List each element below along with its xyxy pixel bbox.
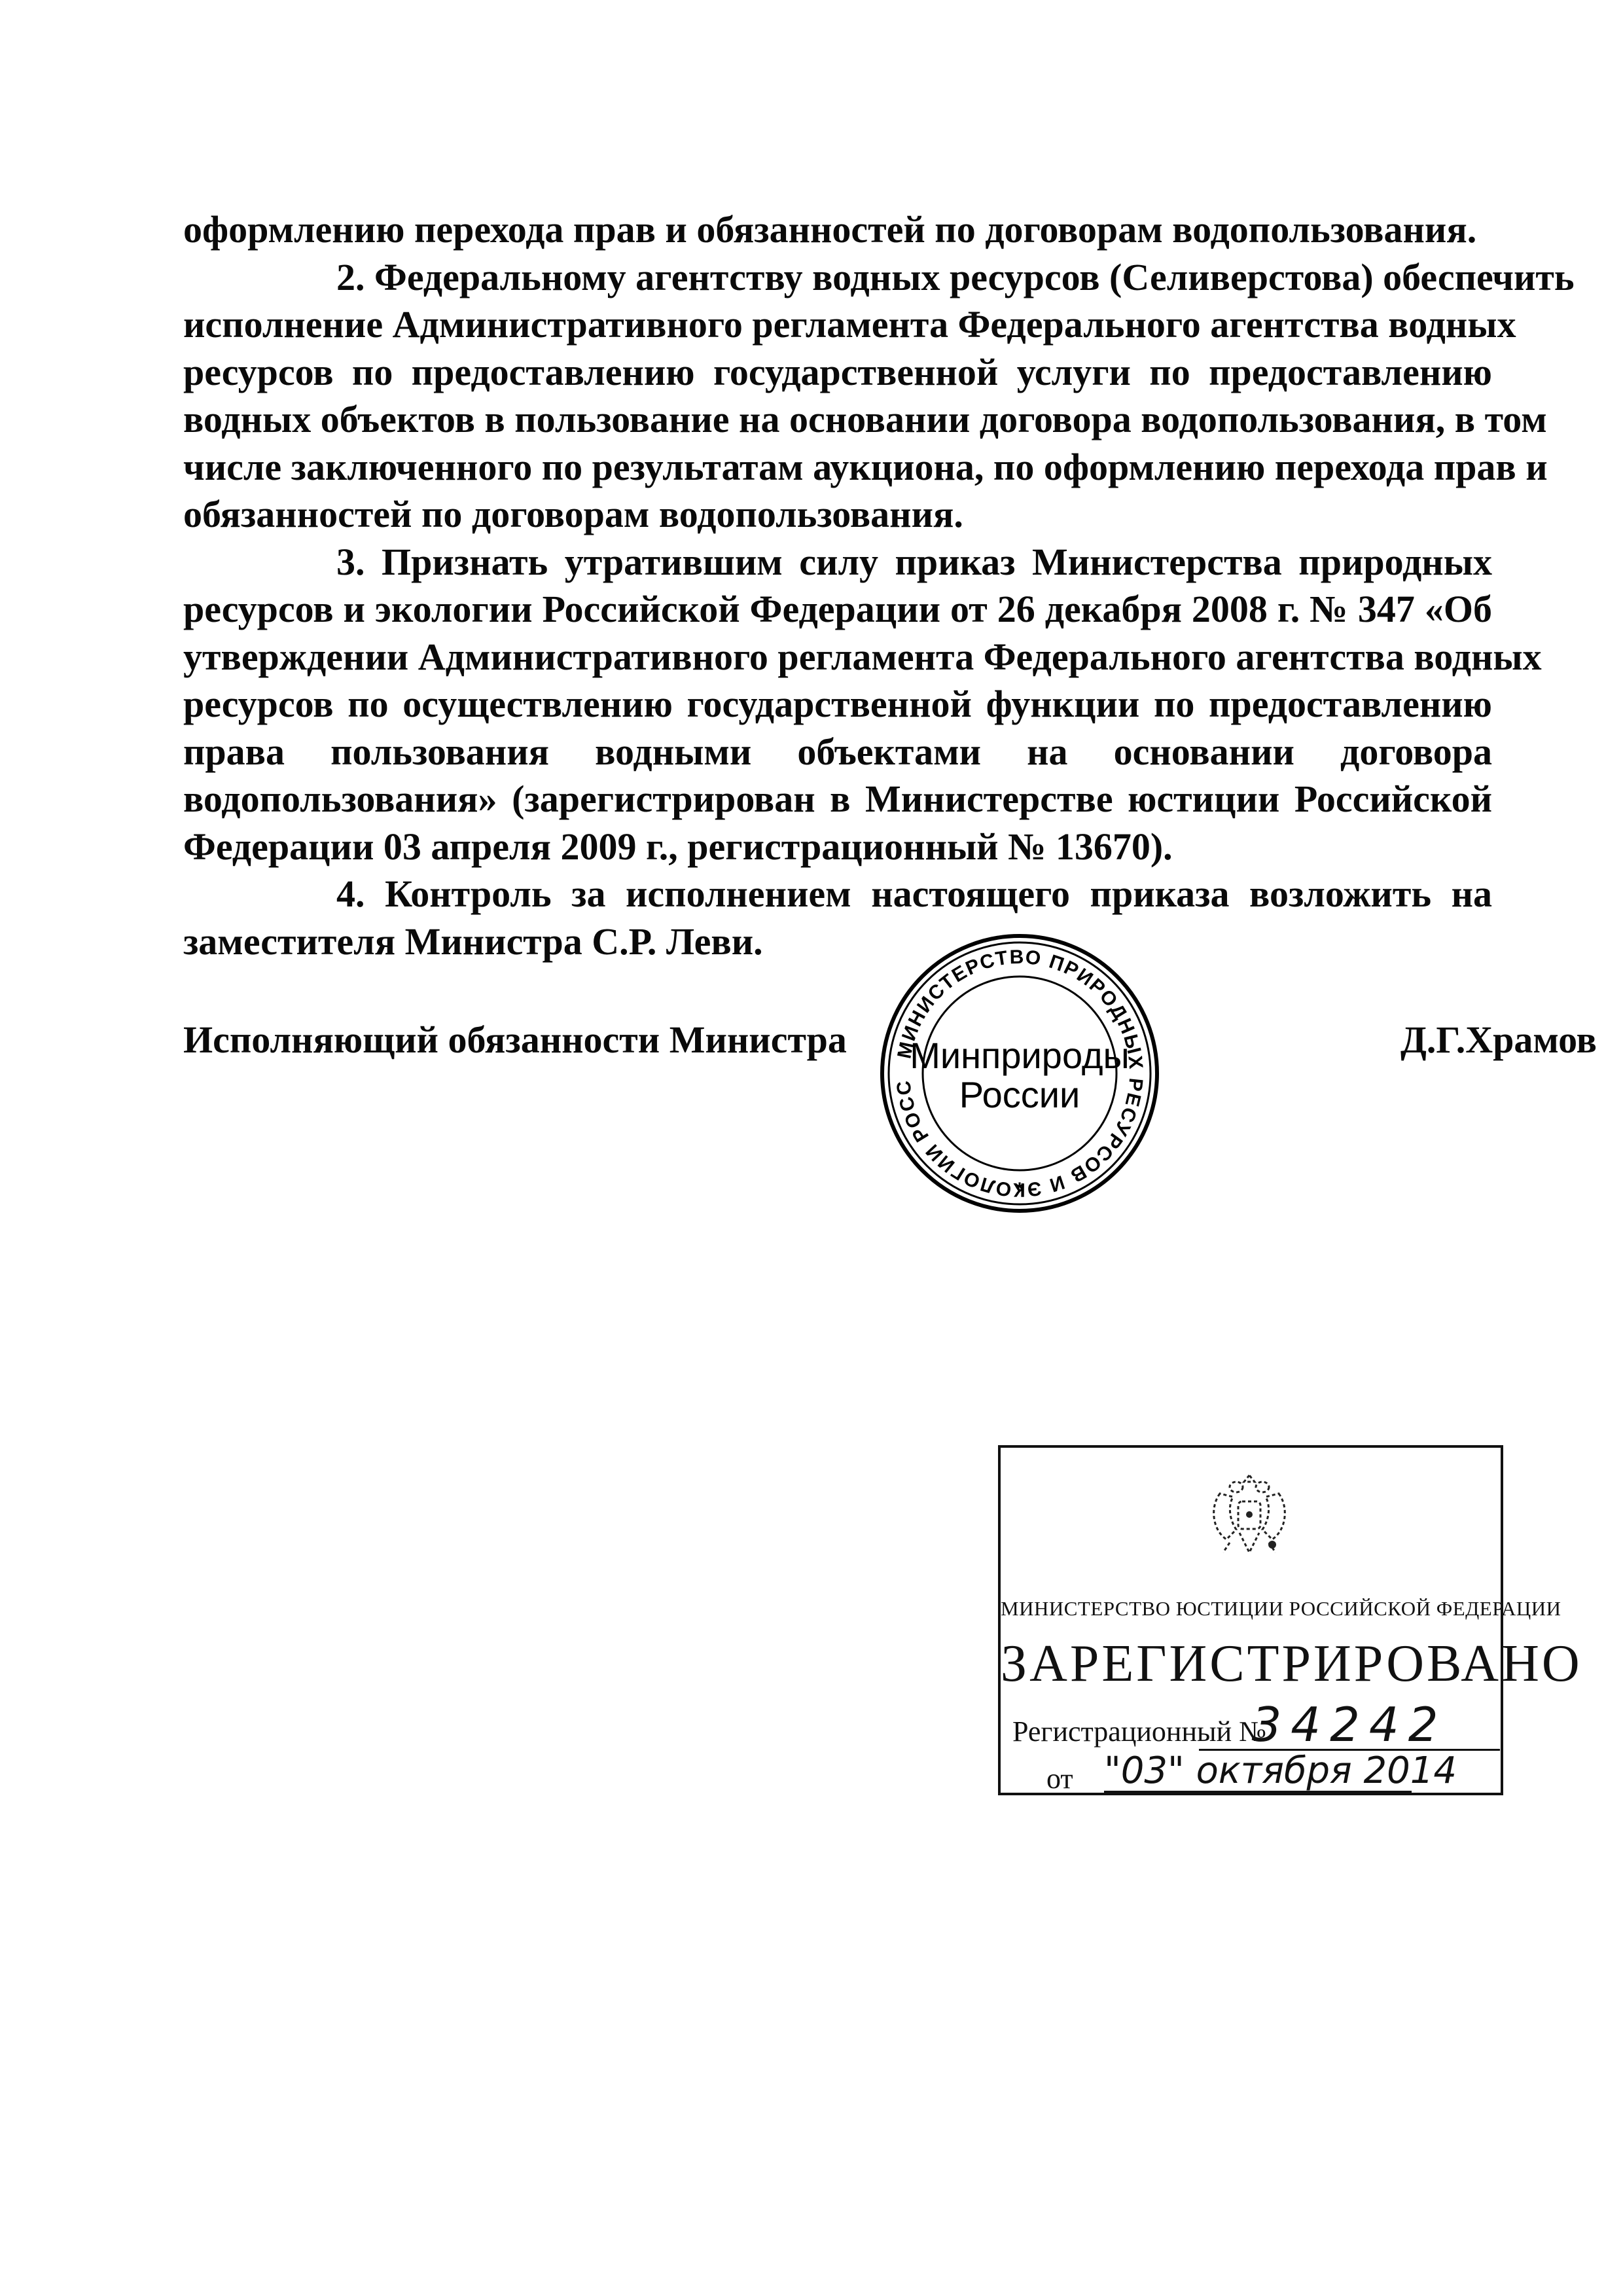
text-line: обязанностей по договорам водопользовани… [183,491,1492,539]
registration-number-row: Регистрационный № 34242 [1012,1703,1497,1755]
registration-number-value: 34242 [1199,1703,1500,1751]
paragraph-item-2: 2. Федеральному агентству водных ресурсо… [183,254,1492,539]
double-headed-eagle-icon [1200,1467,1298,1566]
document-body: оформлению перехода прав и обязанностей … [183,206,1492,965]
text-line: заместителя Министра С.Р. Леви. [183,918,1492,966]
signatory-name: Д.Г.Храмов [1400,1018,1597,1062]
ministry-seal: МИНИСТЕРСТВО ПРИРОДНЫХ РЕСУРСОВ И ЭКОЛОГ… [876,929,1164,1217]
registration-date-value: "03" октября 2014 [1104,1753,1412,1793]
text-line: исполнение Административного регламента … [183,301,1492,349]
registration-date-row: от "03" октября 2014 [1001,1755,1485,1795]
text-line: утверждении Административного регламента… [183,634,1492,681]
text-line: права пользования водными объектами на о… [183,728,1492,776]
text-line: 3. Признать утратившим силу приказ Минис… [183,539,1492,586]
text-line: ресурсов и экологии Российской Федерации… [183,586,1492,634]
text-line: числе заключенного по результатам аукцио… [183,444,1492,492]
paragraph-item-4: 4. Контроль за исполнением настоящего пр… [183,870,1492,965]
seal-center-line1: Минприроды [910,1035,1130,1076]
paragraph-item-3: 3. Признать утратившим силу приказ Минис… [183,539,1492,871]
seal-star: * [1016,1179,1024,1200]
document-page: оформлению перехода прав и обязанностей … [0,0,1623,2296]
signatory-title: Исполняющий обязанности Министра [183,1018,847,1062]
text-line: водопользования» (зарегистрирован в Мини… [183,776,1492,823]
text-line: ресурсов по предоставлению государственн… [183,349,1492,397]
registration-ministry: МИНИСТЕРСТВО ЮСТИЦИИ РОССИЙСКОЙ ФЕДЕРАЦИ… [1001,1597,1501,1621]
text-line: оформлению перехода прав и обязанностей … [183,206,1492,254]
text-line: Федерации 03 апреля 2009 г., регистрацио… [183,823,1492,871]
text-line: ресурсов по осуществлению государственно… [183,681,1492,728]
text-line: 2. Федеральному агентству водных ресурсо… [183,254,1492,302]
text-line: 4. Контроль за исполнением настоящего пр… [183,870,1492,918]
round-seal-icon: МИНИСТЕРСТВО ПРИРОДНЫХ РЕСУРСОВ И ЭКОЛОГ… [876,929,1164,1217]
text-line: водных объектов в пользование на основан… [183,396,1492,444]
paragraph-continuation: оформлению перехода прав и обязанностей … [183,206,1492,254]
registration-stamp: МИНИСТЕРСТВО ЮСТИЦИИ РОССИЙСКОЙ ФЕДЕРАЦИ… [998,1445,1503,1795]
registration-status: ЗАРЕГИСТРИРОВАНО [1001,1634,1501,1694]
seal-center-line2: России [959,1074,1080,1115]
registration-date-prefix: от [1046,1762,1073,1795]
